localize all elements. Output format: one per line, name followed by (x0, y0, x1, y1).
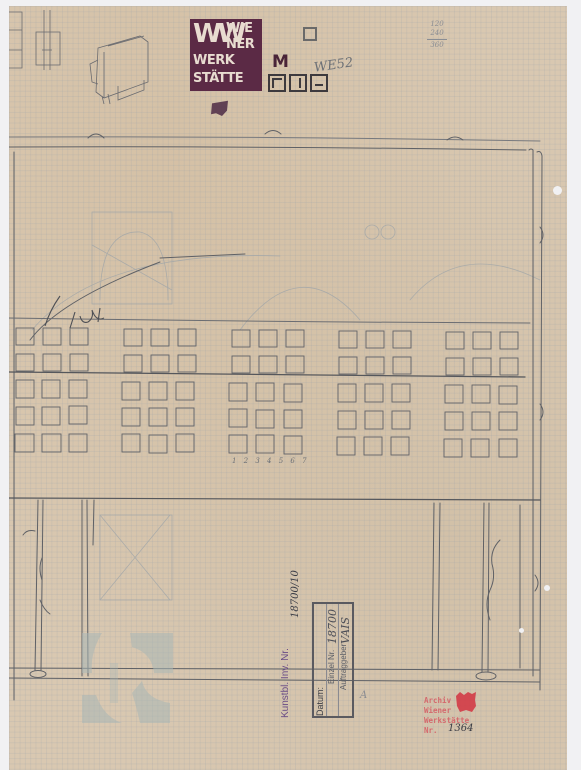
archive-number: 1364 (448, 724, 473, 734)
fraction-numerator: 120 (427, 20, 447, 29)
registration-box: Datum: Einzel Nr. 18700 Auftraggeber VAI… (312, 602, 354, 718)
reg-value-auftraggeber: VAIS (339, 617, 352, 644)
handwritten-label (45, 296, 104, 328)
diamond-mark-icon (303, 27, 317, 41)
archive-stamp: Archiv Wiener Werkstätte Nr. 1364 (424, 696, 469, 736)
inventory-label: Kunstbl. Inv. Nr. (280, 648, 291, 718)
panel-grid (15, 328, 518, 457)
page-fraction-note: 120 240 360 (427, 20, 447, 50)
wiener-werkstaette-stamp: WW WIE NER WERK STÄTTE (190, 19, 262, 91)
thumbnail-sketches (9, 10, 148, 104)
paper-hole (553, 186, 562, 195)
fraction-middle: 240 (430, 29, 443, 37)
fraction-denominator: 360 (427, 41, 447, 50)
reg-value-einzel: 18700 (326, 609, 339, 644)
ghost-imprint (82, 633, 173, 723)
archive-seal-icon (456, 692, 476, 712)
m-monogram: M (272, 52, 289, 72)
stamp-line-2: NER (226, 38, 254, 51)
reg-label-einzel: Einzel Nr. (327, 650, 336, 684)
stamp-line-3: WERK (193, 54, 234, 67)
numbering-row: 1 2 3 4 5 6 7 (232, 457, 309, 465)
square-mark-icon (289, 74, 307, 92)
stamp-line-1: WIE (226, 22, 253, 35)
reg-label-datum: Datum: (315, 687, 325, 716)
square-mark-icon (268, 74, 286, 92)
square-mark-icon (310, 74, 328, 92)
inventory-number: 18700/10 (290, 570, 301, 618)
reg-mark-a: A (360, 690, 367, 701)
stamp-line-4: STÄTTE (193, 72, 243, 85)
paper-hole (519, 628, 524, 633)
square-marks (268, 74, 328, 92)
reg-label-auftraggeber: Auftraggeber (339, 644, 348, 690)
paper-hole (544, 585, 550, 591)
